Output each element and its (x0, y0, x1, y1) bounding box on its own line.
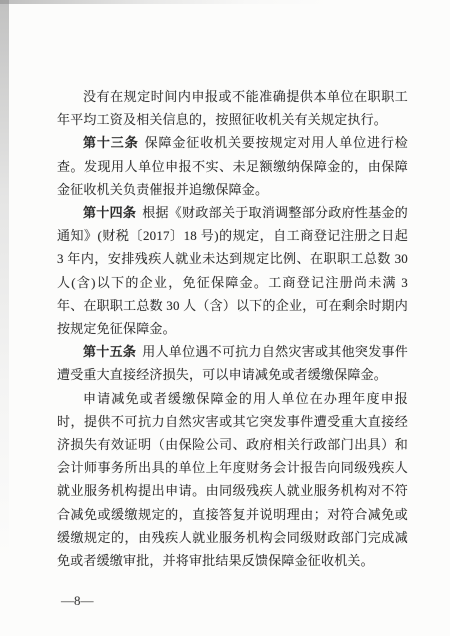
paragraph-continuation: 没有在规定时间内申报或不能准确提供本单位在职职工年平均工资及相关信息的，按照征收… (57, 85, 408, 131)
scan-edge-shadow-left (0, 0, 9, 560)
document-body: 没有在规定时间内申报或不能准确提供本单位在职职工年平均工资及相关信息的，按照征收… (57, 85, 408, 572)
paragraph-application-procedure: 申请减免或者缓缴保障金的用人单位在办理年度申报时，提供不可抗力自然灾害或其它突发… (57, 387, 408, 573)
clause-lead-article-13: 第十三条 (83, 135, 139, 150)
scanned-document-page: 没有在规定时间内申报或不能准确提供本单位在职职工年平均工资及相关信息的，按照征收… (0, 0, 450, 636)
paragraph-article-14: 第十四条根据《财政部关于取消调整部分政府性基金的通知》(财税〔2017〕18 号… (57, 201, 408, 340)
paragraph-text: 根据《财政部关于取消调整部分政府性基金的通知》(财税〔2017〕18 号)的规定… (57, 205, 408, 336)
paragraph-text: 没有在规定时间内申报或不能准确提供本单位在职职工年平均工资及相关信息的，按照征收… (57, 89, 408, 127)
clause-lead-article-14: 第十四条 (83, 205, 136, 220)
paragraph-article-13: 第十三条保障金征收机关要按规定对用人单位进行检查。发现用人单位申报不实、未足额缴… (57, 131, 408, 201)
page-number: —8— (61, 593, 94, 609)
clause-lead-article-15: 第十五条 (83, 344, 136, 359)
scan-edge-shadow-top (0, 0, 330, 4)
paragraph-article-15: 第十五条用人单位遇不可抗力自然灾害或其他突发事件遭受重大直接经济损失，可以申请减… (57, 340, 408, 386)
paragraph-text: 申请减免或者缓缴保障金的用人单位在办理年度申报时，提供不可抗力自然灾害或其它突发… (57, 391, 408, 568)
